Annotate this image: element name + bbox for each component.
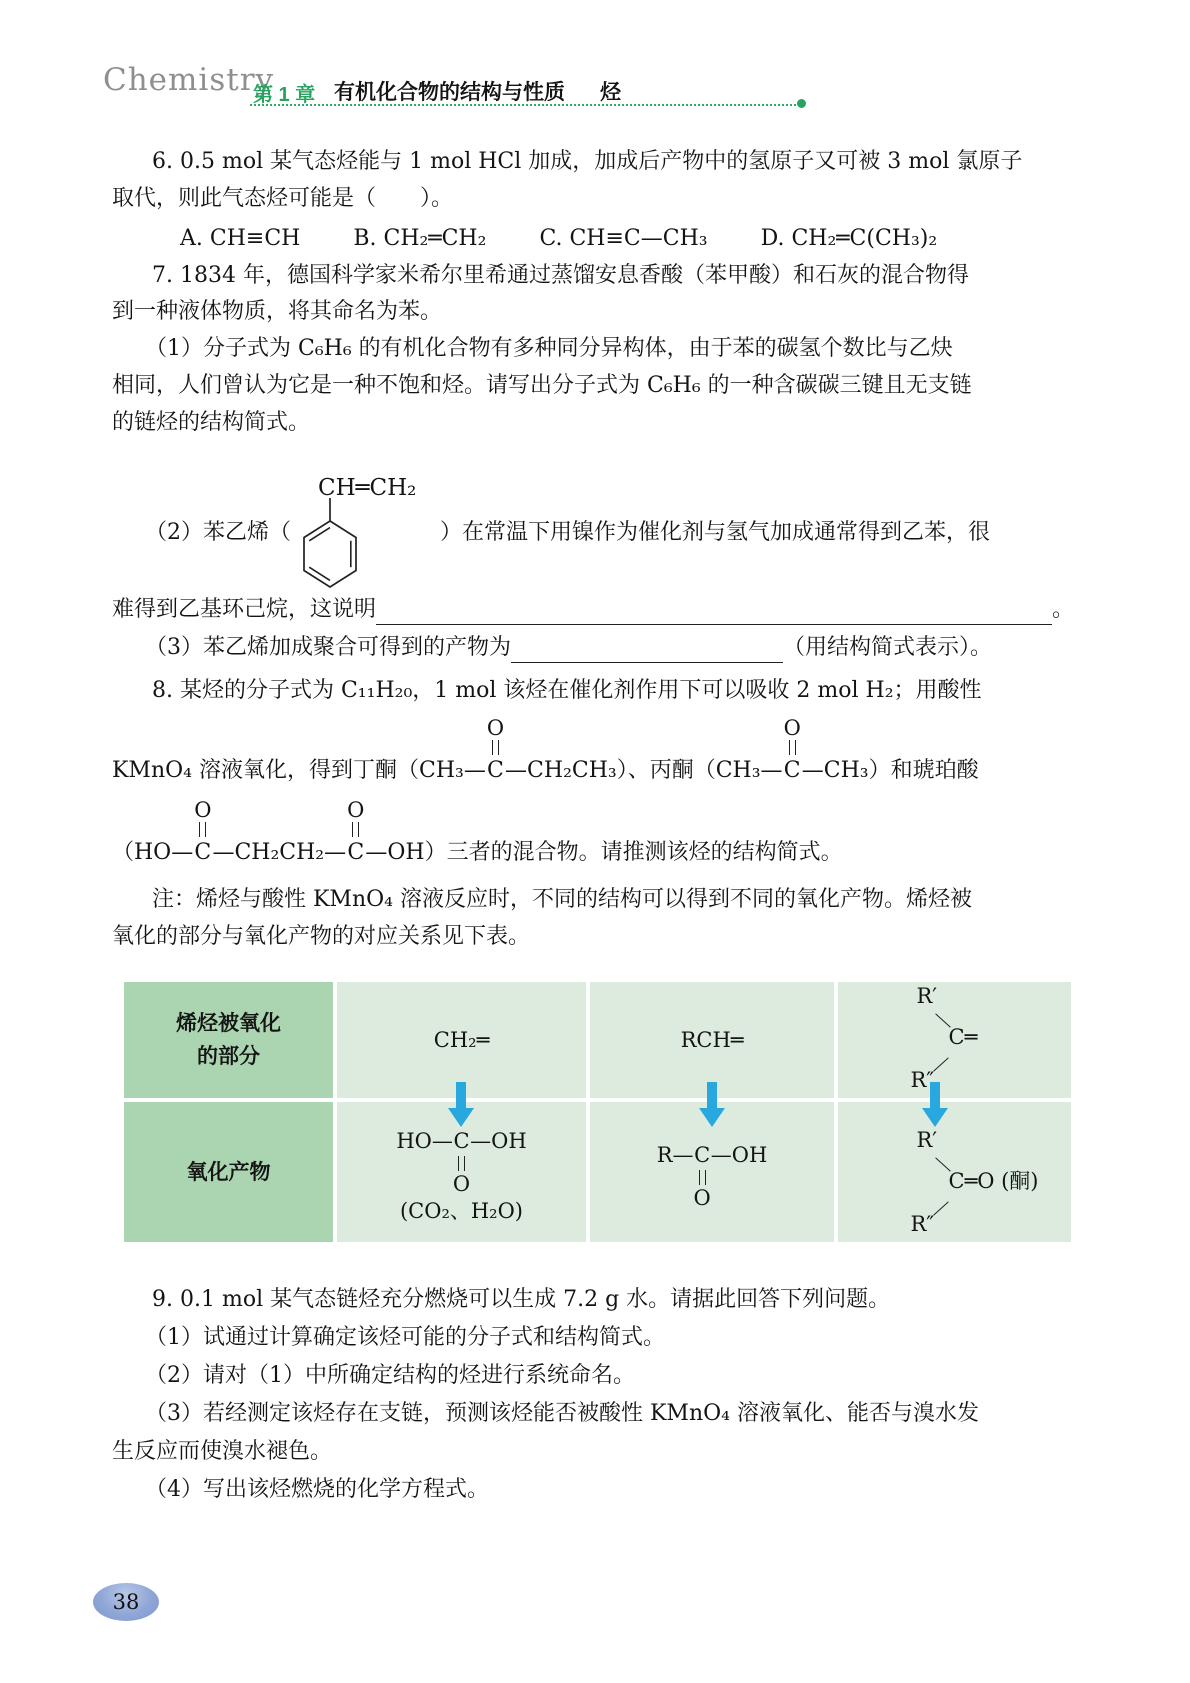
down-arrow-icon [922, 1082, 948, 1128]
q8-f2-segment: （HO— [112, 838, 193, 868]
brand-logo: Chemistry [103, 62, 274, 98]
double-bond-vertical-icon [458, 1156, 465, 1171]
r-prime-label: R′ [917, 1128, 938, 1152]
double-bond-vertical-icon [699, 1170, 706, 1185]
q7-part2-post: ）在常温下用镍作为催化剂与氢气加成通常得到乙苯，很 [440, 518, 990, 548]
oxygen-atom: O [784, 718, 801, 738]
carbonyl-group-structure: O C [347, 800, 364, 868]
formula-part: R— [657, 1142, 694, 1168]
table-header-oxidation-product: 氧化产物 [124, 1102, 333, 1242]
q6-line2: 取代，则此气态烃可能是（ ）。 [112, 184, 453, 214]
q8-f2-segment: —CH₂CH₂— [212, 838, 346, 868]
oxygen-atom: O [194, 800, 211, 820]
oxygen-atom: O [694, 1186, 711, 1210]
carbon-atom: C [347, 838, 364, 868]
r-double-prime-label: R″ [911, 1212, 935, 1236]
carbon-double-bond: C═ [949, 1025, 978, 1049]
answer-blank [511, 638, 783, 663]
q9-part2: （2）请对（1）中所确定结构的烃进行系统命名。 [145, 1361, 635, 1391]
carbonyl-group-structure: O C [487, 718, 504, 786]
carbonic-acid-structure: HO— C —OH O (CO₂、H₂O) [396, 1128, 526, 1226]
q6-line1: 6. 0.5 mol 某气态烃能与 1 mol HCl 加成，加成后产物中的氢原… [152, 147, 1022, 177]
q6-option-a: A. CH≡CH [180, 226, 300, 251]
carbon-atom: C [694, 1142, 710, 1168]
header-line: 的部分 [197, 1040, 260, 1073]
down-arrow-icon [448, 1082, 474, 1128]
q8-f1-segment: —CH₃）和琥珀酸 [802, 756, 979, 786]
header-line: 氧化产物 [187, 1156, 271, 1189]
q7-part1-line2: 相同，人们曾认为它是一种不饱和烃。请写出分子式为 C₆H₆ 的一种含碳碳三键且无… [112, 371, 972, 401]
carbon-atom: C [194, 838, 211, 868]
double-bond-vertical-icon [352, 822, 359, 837]
q7-part1-line3: 的链烃的结构简式。 [112, 408, 310, 438]
ketone-structure: R′ C═O (酮) R″ [897, 1128, 1013, 1240]
carboxylic-acid-structure: R— C —OH O [657, 1142, 768, 1210]
single-bond-icon [933, 1057, 949, 1071]
q7-part1-line1: （1）分子式为 C₆H₆ 的有机化合物有多种同分异构体，由于苯的碳氢个数比与乙炔 [145, 334, 953, 364]
benzene-ring-icon [302, 496, 358, 596]
double-bond-vertical-icon [199, 822, 206, 837]
q6-options: A. CH≡CH B. CH₂═CH₂ C. CH≡C—CH₃ D. CH₂═C… [180, 224, 983, 254]
double-bond-vertical-icon [789, 740, 796, 755]
q9-part3-line2: 生反应而使溴水褪色。 [112, 1437, 332, 1467]
answer-blank [376, 600, 1052, 625]
formula-text: CH₂═ [434, 1028, 489, 1052]
formula-text: RCH═ [681, 1028, 744, 1052]
q9-part4: （4）写出该烃燃烧的化学方程式。 [145, 1475, 489, 1505]
table-cell-ketone: R′ C═O (酮) R″ [838, 1102, 1071, 1242]
q8-line1: 8. 某烃的分子式为 C₁₁H₂₀，1 mol 该烃在催化剂作用下可以吸收 2 … [152, 676, 982, 706]
oxygen-atom: O [453, 1172, 470, 1196]
q7-part2-line2: 难得到乙基环己烷，这说明 [112, 597, 376, 622]
page-number: 38 [113, 1590, 140, 1614]
carbonyl-group-structure: O C [784, 718, 801, 786]
header-line: 烯烃被氧化 [176, 1007, 281, 1040]
q7-line1: 7. 1834 年，德国科学家米希尔里希通过蒸馏安息香酸（苯甲酸）和石灰的混合物… [152, 261, 969, 291]
carbon-atom: C [487, 756, 504, 786]
page-number-badge: 38 [93, 1583, 159, 1621]
divider-end-dot [797, 99, 806, 108]
q9-line1: 9. 0.1 mol 某气态链烃充分燃烧可以生成 7.2 g 水。请据此回答下列… [152, 1285, 890, 1315]
product-note: (CO₂、H₂O) [400, 1196, 523, 1226]
oxidation-table: 烯烃被氧化 的部分 CH₂═ RCH═ R′ C═ R″ 氧化产物 HO— C [124, 982, 1075, 1242]
down-arrow-icon [699, 1082, 725, 1128]
table-cell-rch: RCH═ [590, 982, 834, 1098]
table-header-oxidized-part: 烯烃被氧化 的部分 [124, 982, 333, 1098]
q6-option-b: B. CH₂═CH₂ [353, 226, 486, 251]
q7-part2-answer-line: 难得到乙基环己烷，这说明。 [112, 595, 1074, 625]
q7-line2: 到一种液体物质，将其命名为苯。 [112, 297, 442, 327]
q7-part3-pre: （3）苯乙烯加成聚合可得到的产物为 [145, 635, 511, 660]
q8-succinic-acid-line: （HO— O C —CH₂CH₂— O C —OH）三者的混合物。请推测该烃的结… [112, 800, 843, 868]
q8-note-line1: 注：烯烃与酸性 KMnO₄ 溶液反应时，不同的结构可以得到不同的氧化产物。烯烃被 [152, 885, 972, 915]
branched-alkene-structure: R′ C═ R″ [897, 984, 1013, 1096]
double-bond-vertical-icon [492, 740, 499, 755]
q9-part1: （1）试通过计算确定该烃可能的分子式和结构简式。 [145, 1323, 665, 1353]
q7-part3-post: （用结构简式表示）。 [783, 635, 992, 660]
table-cell-disubstituted: R′ C═ R″ [838, 982, 1071, 1098]
q7-part2-period: 。 [1052, 597, 1074, 622]
q8-note-line2: 氧化的部分与氧化产物的对应关系见下表。 [112, 922, 530, 952]
textbook-page: Chemistry 第 1 章 有机化合物的结构与性质 烃 6. 0.5 mol… [0, 0, 1190, 1683]
q8-f1-segment: —CH₂CH₃）、丙酮（CH₃— [505, 756, 783, 786]
carbon-atom: C [453, 1128, 469, 1154]
ketone-carbonyl: C═O (酮) [949, 1169, 1039, 1193]
q7-part3-line: （3）苯乙烯加成聚合可得到的产物为（用结构简式表示）。 [145, 633, 992, 663]
q7-part2-pre: （2）苯乙烯（ [145, 518, 291, 548]
formula-part: HO— [396, 1128, 453, 1154]
carbonyl-group-structure: O C [194, 800, 211, 868]
table-cell-ch2: CH₂═ [337, 982, 586, 1098]
q6-option-c: C. CH≡C—CH₃ [539, 226, 707, 251]
single-bond-icon [933, 1201, 949, 1215]
r-prime-label: R′ [917, 984, 938, 1008]
header-divider [250, 90, 796, 106]
formula-part: —OH [470, 1128, 527, 1154]
q8-f1-segment: KMnO₄ 溶液氧化，得到丁酮（CH₃— [112, 756, 486, 786]
oxygen-atom: O [487, 718, 504, 738]
q8-ketone-formula-line: KMnO₄ 溶液氧化，得到丁酮（CH₃— O C —CH₂CH₃）、丙酮（CH₃… [112, 718, 979, 786]
oxygen-atom: O [347, 800, 364, 820]
formula-part: —OH [711, 1142, 768, 1168]
q6-option-d: D. CH₂═C(CH₃)₂ [761, 226, 938, 251]
q9-part3-line1: （3）若经测定该烃存在支链，预测该烃能否被酸性 KMnO₄ 溶液氧化、能否与溴水… [145, 1399, 979, 1429]
carbon-atom: C [784, 756, 801, 786]
q8-f2-segment: —OH）三者的混合物。请推测该烃的结构简式。 [365, 838, 842, 868]
